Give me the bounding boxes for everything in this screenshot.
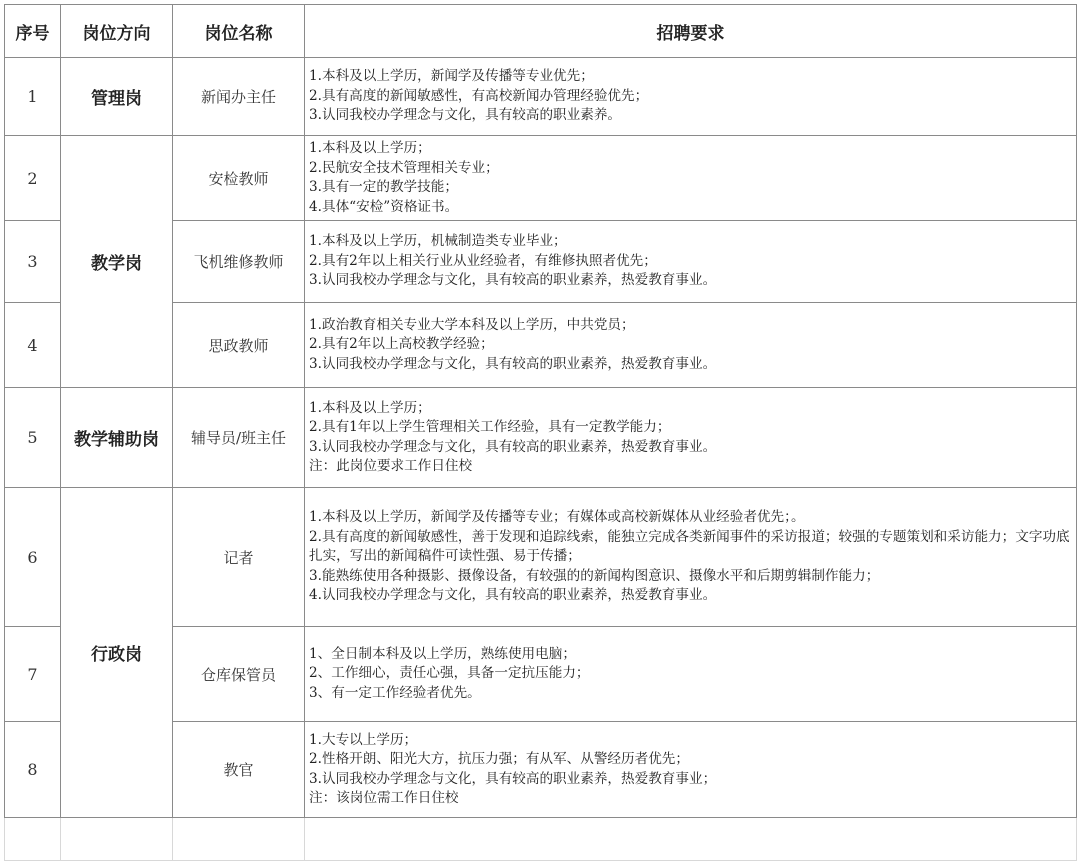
header-direction: 岗位方向 (61, 5, 173, 58)
position-cell: 记者 (173, 488, 305, 627)
requirement-line: 3.认同我校办学理念与文化，具有较高的职业素养，热爱教育事业。 (309, 271, 1072, 291)
table-row: 6 行政岗 记者 1.本科及以上学历，新闻学及传播等专业；有媒体或高校新媒体从业… (5, 488, 1077, 627)
requirement-line: 2.具有2年以上高校教学经验； (309, 335, 1072, 355)
empty-cell (305, 818, 1077, 861)
header-position: 岗位名称 (173, 5, 305, 58)
table-row: 1 管理岗 新闻办主任 1.本科及以上学历，新闻学及传播等专业优先； 2.具有高… (5, 58, 1077, 136)
direction-cell: 教学辅助岗 (61, 388, 173, 488)
requirements-cell: 1.本科及以上学历； 2.具有1年以上学生管理相关工作经验，具有一定教学能力； … (305, 388, 1077, 488)
row-number: 1 (5, 58, 61, 136)
requirements-cell: 1.本科及以上学历； 2.民航安全技术管理相关专业； 3.具有一定的教学技能； … (305, 136, 1077, 221)
requirement-line: 3、有一定工作经验者优先。 (309, 684, 1072, 704)
requirement-line: 1.政治教育相关专业大学本科及以上学历，中共党员； (309, 316, 1072, 336)
requirement-line: 3.能熟练使用各种摄影、摄像设备，有较强的的新闻构图意识、摄像水平和后期剪辑制作… (309, 567, 1072, 587)
requirement-line: 2.性格开朗、阳光大方，抗压力强；有从军、从警经历者优先； (309, 750, 1072, 770)
row-number: 2 (5, 136, 61, 221)
requirement-line: 3.认同我校办学理念与文化，具有较高的职业素养，热爱教育事业。 (309, 438, 1072, 458)
requirement-line: 3.认同我校办学理念与文化，具有较高的职业素养，热爱教育事业； (309, 770, 1072, 790)
requirements-cell: 1.本科及以上学历，新闻学及传播等专业优先； 2.具有高度的新闻敏感性，有高校新… (305, 58, 1077, 136)
requirement-line: 1.本科及以上学历，机械制造类专业毕业； (309, 232, 1072, 252)
row-number: 7 (5, 627, 61, 722)
row-number: 3 (5, 221, 61, 303)
empty-cell (5, 818, 61, 861)
row-number: 5 (5, 388, 61, 488)
requirement-line: 1.本科及以上学历，新闻学及传播等专业；有媒体或高校新媒体从业经验者优先；。 (309, 508, 1072, 528)
requirement-line: 2、工作细心，责任心强，具备一定抗压能力； (309, 664, 1072, 684)
requirement-line: 1.本科及以上学历，新闻学及传播等专业优先； (309, 67, 1072, 87)
requirement-line: 3.具有一定的教学技能； (309, 178, 1072, 198)
position-cell: 辅导员/班主任 (173, 388, 305, 488)
requirements-cell: 1、全日制本科及以上学历，熟练使用电脑； 2、工作细心，责任心强，具备一定抗压能… (305, 627, 1077, 722)
requirement-line: 1.大专以上学历； (309, 731, 1072, 751)
requirement-line: 1.本科及以上学历； (309, 139, 1072, 159)
requirements-cell: 1.本科及以上学历，机械制造类专业毕业； 2.具有2年以上相关行业从业经验者，有… (305, 221, 1077, 303)
requirements-cell: 1.本科及以上学历，新闻学及传播等专业；有媒体或高校新媒体从业经验者优先；。 2… (305, 488, 1077, 627)
requirement-note: 注：该岗位需工作日住校 (309, 789, 1072, 809)
empty-cell (61, 818, 173, 861)
table-row: 5 教学辅助岗 辅导员/班主任 1.本科及以上学历； 2.具有1年以上学生管理相… (5, 388, 1077, 488)
table-row: 2 教学岗 安检教师 1.本科及以上学历； 2.民航安全技术管理相关专业； 3.… (5, 136, 1077, 221)
requirement-line: 1、全日制本科及以上学历，熟练使用电脑； (309, 645, 1072, 665)
direction-cell: 管理岗 (61, 58, 173, 136)
requirement-line: 3.认同我校办学理念与文化，具有较高的职业素养。 (309, 106, 1072, 126)
requirement-line: 4.具体“安检”资格证书。 (309, 198, 1072, 218)
direction-cell: 行政岗 (61, 488, 173, 818)
requirement-line: 1.本科及以上学历； (309, 399, 1072, 419)
header-requirements: 招聘要求 (305, 5, 1077, 58)
requirements-cell: 1.大专以上学历； 2.性格开朗、阳光大方，抗压力强；有从军、从警经历者优先； … (305, 722, 1077, 818)
row-number: 4 (5, 303, 61, 388)
requirements-cell: 1.政治教育相关专业大学本科及以上学历，中共党员； 2.具有2年以上高校教学经验… (305, 303, 1077, 388)
requirement-line: 2.具有高度的新闻敏感性，善于发现和追踪线索，能独立完成各类新闻事件的采访报道；… (309, 528, 1072, 567)
position-cell: 仓库保管员 (173, 627, 305, 722)
empty-row (5, 818, 1077, 861)
direction-cell: 教学岗 (61, 136, 173, 388)
recruitment-table: 序号 岗位方向 岗位名称 招聘要求 1 管理岗 新闻办主任 1.本科及以上学历，… (4, 4, 1077, 861)
requirement-line: 2.具有1年以上学生管理相关工作经验，具有一定教学能力； (309, 418, 1072, 438)
position-cell: 安检教师 (173, 136, 305, 221)
position-cell: 教官 (173, 722, 305, 818)
header-no: 序号 (5, 5, 61, 58)
requirement-line: 2.民航安全技术管理相关专业； (309, 159, 1072, 179)
position-cell: 思政教师 (173, 303, 305, 388)
position-cell: 新闻办主任 (173, 58, 305, 136)
requirement-line: 2.具有高度的新闻敏感性，有高校新闻办管理经验优先； (309, 87, 1072, 107)
requirement-line: 2.具有2年以上相关行业从业经验者，有维修执照者优先； (309, 252, 1072, 272)
row-number: 8 (5, 722, 61, 818)
requirement-note: 注：此岗位要求工作日住校 (309, 457, 1072, 477)
empty-cell (173, 818, 305, 861)
header-row: 序号 岗位方向 岗位名称 招聘要求 (5, 5, 1077, 58)
position-cell: 飞机维修教师 (173, 221, 305, 303)
row-number: 6 (5, 488, 61, 627)
requirement-line: 4.认同我校办学理念与文化，具有较高的职业素养，热爱教育事业。 (309, 586, 1072, 606)
requirement-line: 3.认同我校办学理念与文化，具有较高的职业素养，热爱教育事业。 (309, 355, 1072, 375)
